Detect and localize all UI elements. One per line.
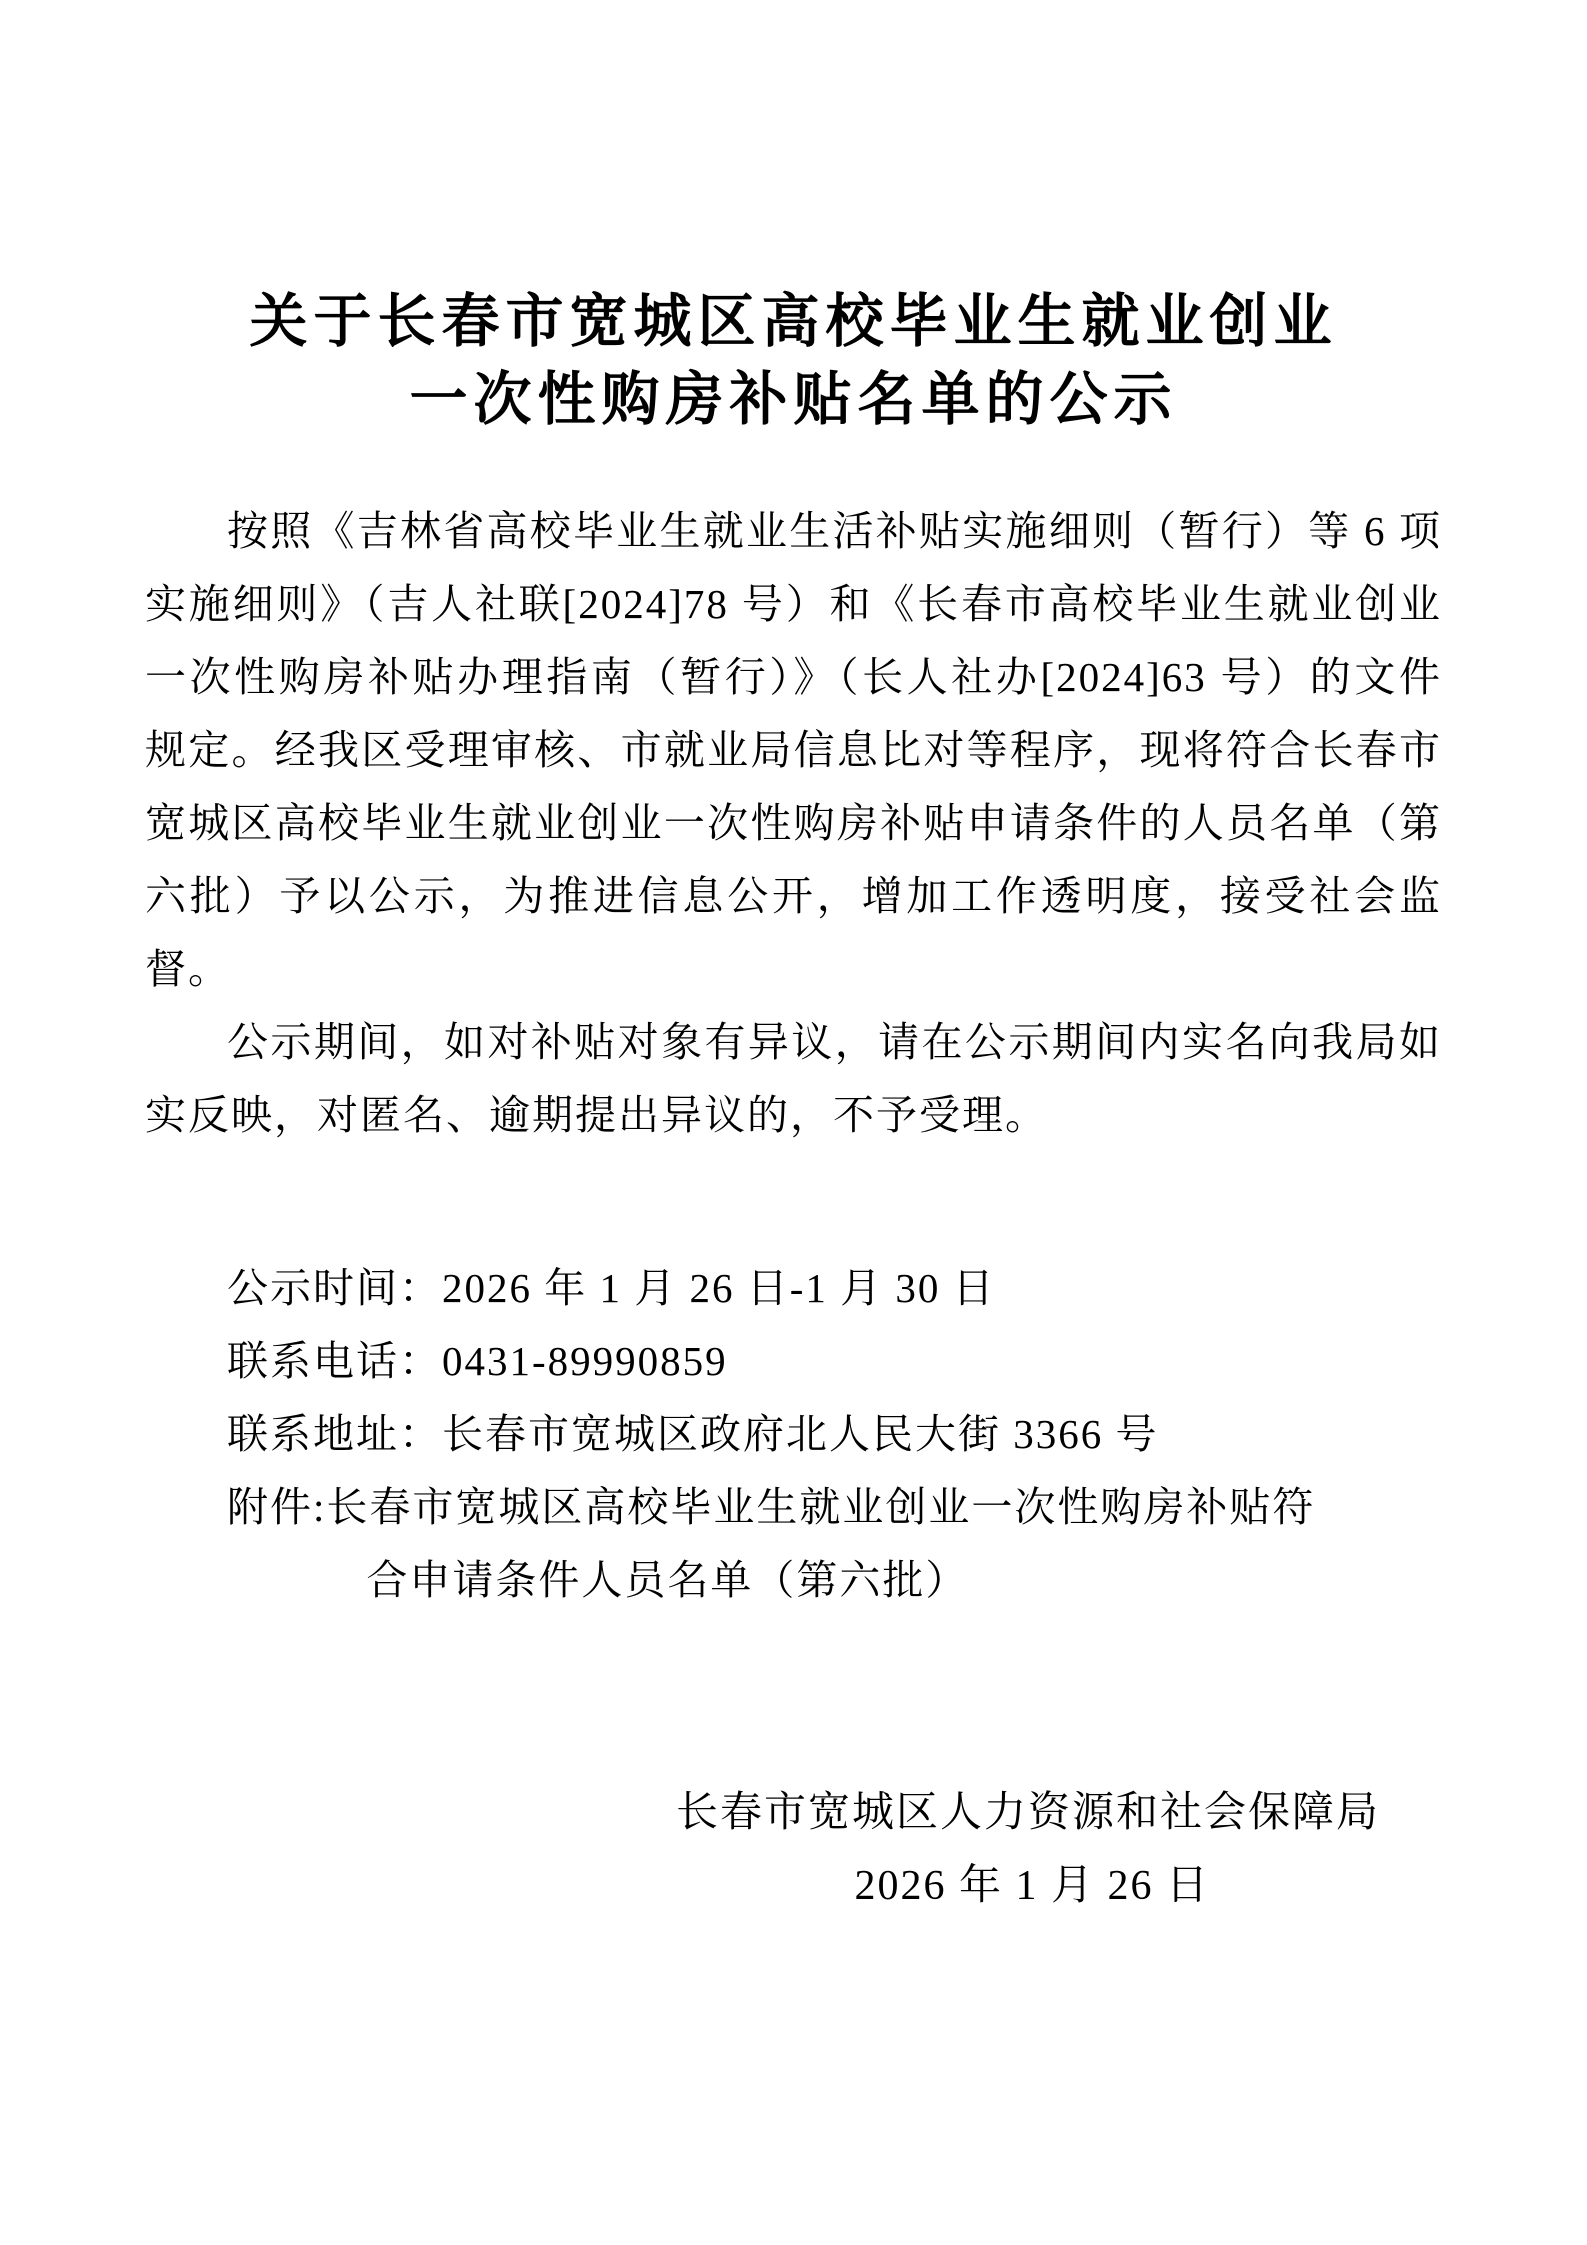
attachment-text-line2: 合申请条件人员名单（第六批）: [145, 1544, 1442, 1617]
issue-date: 2026 年 1 月 26 日: [145, 1850, 1442, 1923]
detail-publicity-period: 公示时间：2026 年 1 月 26 日-1 月 30 日: [145, 1252, 1442, 1325]
title-line-2: 一次性购房补贴名单的公示: [145, 361, 1442, 439]
signature-block: 长春市宽城区人力资源和社会保障局 2026 年 1 月 26 日: [145, 1777, 1442, 1923]
detail-contact-address: 联系地址：长春市宽城区政府北人民大街 3366 号: [145, 1398, 1442, 1471]
paragraph-basis: 按照《吉林省高校毕业生就业生活补贴实施细则（暂行）等 6 项实施细则》（吉人社联…: [145, 495, 1442, 1006]
contact-phone-value: 0431-89990859: [442, 1338, 728, 1384]
paragraph-objection: 公示期间，如对补贴对象有异议，请在公示期间内实名向我局如实反映，对匿名、逾期提出…: [145, 1006, 1442, 1152]
document-body: 按照《吉林省高校毕业生就业生活补贴实施细则（暂行）等 6 项实施细则》（吉人社联…: [145, 495, 1442, 1152]
detail-contact-phone: 联系电话：0431-89990859: [145, 1325, 1442, 1398]
issuing-authority: 长春市宽城区人力资源和社会保障局: [145, 1777, 1442, 1850]
publicity-period-value: 2026 年 1 月 26 日-1 月 30 日: [442, 1265, 996, 1311]
attachment-label: 附件:: [227, 1484, 326, 1530]
details-section: 公示时间：2026 年 1 月 26 日-1 月 30 日 联系电话：0431-…: [145, 1252, 1442, 1617]
page-title: 关于长春市宽城区高校毕业生就业创业 一次性购房补贴名单的公示: [145, 283, 1442, 439]
attachment-line: 附件:长春市宽城区高校毕业生就业创业一次性购房补贴符: [145, 1471, 1442, 1544]
attachment-text-line1: 长春市宽城区高校毕业生就业创业一次性购房补贴符: [326, 1484, 1315, 1530]
contact-phone-label: 联系电话：: [227, 1338, 442, 1384]
contact-address-label: 联系地址：: [227, 1411, 442, 1457]
contact-address-value: 长春市宽城区政府北人民大街 3366 号: [442, 1411, 1159, 1457]
publicity-period-label: 公示时间：: [227, 1265, 442, 1311]
title-line-1: 关于长春市宽城区高校毕业生就业创业: [145, 283, 1442, 361]
announcement-page: 关于长春市宽城区高校毕业生就业创业 一次性购房补贴名单的公示 按照《吉林省高校毕…: [0, 0, 1587, 2245]
